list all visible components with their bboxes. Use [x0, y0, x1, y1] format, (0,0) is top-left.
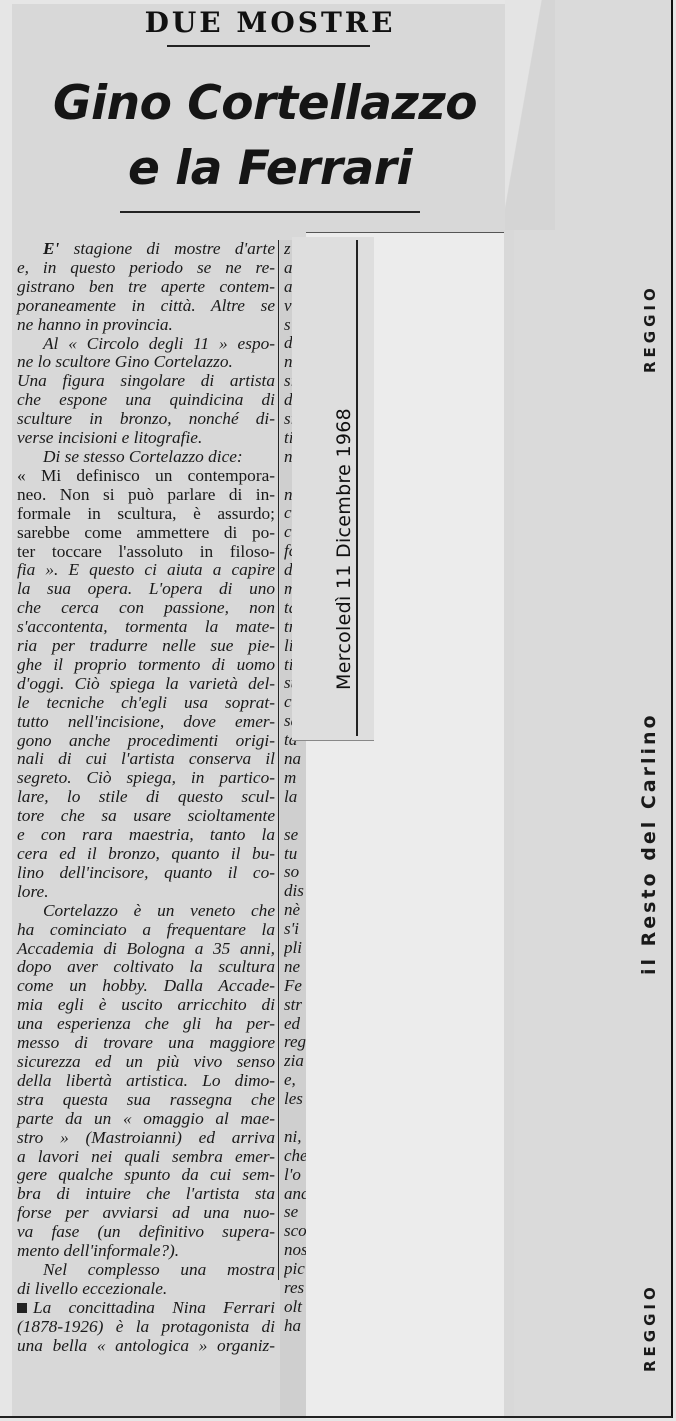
article-column-1: E' stagione di mostre d'artee, in questo…: [17, 240, 275, 1355]
kicker-rule: [167, 45, 370, 47]
fragment-line: ed: [284, 1015, 306, 1034]
article-line: della libertà artistica. Lo dimo-: [17, 1072, 275, 1091]
fragment-line: sco: [284, 1222, 306, 1241]
city-label-top: REGGIO: [641, 284, 659, 373]
article-line: poraneamente in città. Altre se: [17, 297, 275, 316]
fragment-line: olt: [284, 1298, 306, 1317]
article-line: La concittadina Nina Ferrari: [17, 1299, 275, 1318]
headline-line-2: e la Ferrari: [0, 141, 550, 196]
fragment-line: dis: [284, 882, 306, 901]
article-line: segreto. Ciò spiega, in partico-: [17, 769, 275, 788]
article-line: « Mi definisco un contempora-: [17, 467, 275, 486]
date-rule: [356, 240, 358, 736]
fragment-line: ne: [284, 958, 306, 977]
article-line: stra questa sua rassegna che: [17, 1091, 275, 1110]
fragment-line: nos: [284, 1241, 306, 1260]
article-line: (1878-1926) è la protagonista di: [17, 1318, 275, 1337]
fragment-line: che: [284, 1147, 306, 1166]
article-line: mento dell'informale?).: [17, 1242, 275, 1261]
fragment-line: ni,: [284, 1128, 306, 1147]
fragment-line: les: [284, 1090, 306, 1109]
article-line: e, in questo periodo se ne re-: [17, 259, 275, 278]
article-line: la sua opera. L'opera di uno: [17, 580, 275, 599]
bottom-border-rule: [0, 1416, 672, 1418]
article-line: tutto nell'incisione, dove emer-: [17, 713, 275, 732]
fragment-line: zia: [284, 1052, 306, 1071]
article-line: formale in scultura, è assurdo;: [17, 505, 275, 524]
article-line: bra di intuire che l'artista sta: [17, 1185, 275, 1204]
article-line: Al « Circolo degli 11 » espo-: [17, 335, 275, 354]
article-line: sarebbe come ammettere di po-: [17, 524, 275, 543]
article-line: d'oggi. Ciò spiega la varietà del-: [17, 675, 275, 694]
fragment-line: pli: [284, 939, 306, 958]
fragment-line: e,: [284, 1071, 306, 1090]
article-line: gono anche procedimenti origi-: [17, 732, 275, 751]
newspaper-name: il Resto del Carlino: [638, 712, 660, 975]
fragment-line: se: [284, 826, 306, 845]
fragment-line: anc: [284, 1185, 306, 1204]
article-line: forse per avviarsi ad una nuo-: [17, 1204, 275, 1223]
fragment-line: nè: [284, 901, 306, 920]
article-line: fia ». E questo ci aiuta a capire: [17, 561, 275, 580]
fragment-line: s'i: [284, 920, 306, 939]
fragment-line: pic: [284, 1260, 306, 1279]
fragment-line: [284, 807, 306, 826]
article-line: ha cominciato a frequentare la: [17, 921, 275, 940]
article-line: e con rara maestria, tanto la: [17, 826, 275, 845]
article-line: Di se stesso Cortelazzo dice:: [17, 448, 275, 467]
right-border-rule: [671, 0, 673, 1418]
article-line: mia egli è uscito arricchito di: [17, 996, 275, 1015]
column-divider: [278, 240, 279, 1280]
article-line: come un hobby. Dalla Accade-: [17, 977, 275, 996]
article-line: parte da un « omaggio al mae-: [17, 1110, 275, 1129]
kicker: DUE MOSTRE: [0, 6, 540, 39]
headline-line-1: Gino Cortellazzo: [0, 76, 545, 131]
fragment-line: so: [284, 863, 306, 882]
article-line: ter toccare l'assoluto in filoso-: [17, 543, 275, 562]
article-line: gistrano ben tre aperte contem-: [17, 278, 275, 297]
fragment-line: ha: [284, 1317, 306, 1336]
article-line: sicurezza ed un più vivo senso: [17, 1053, 275, 1072]
article-line: Cortelazzo è un veneto che: [17, 902, 275, 921]
fragment-line: reg: [284, 1033, 306, 1052]
article-line: verse incisioni e litografie.: [17, 429, 275, 448]
article-line: ne hanno in provincia.: [17, 316, 275, 335]
fragment-line: [284, 1109, 306, 1128]
fragment-line: str: [284, 996, 306, 1015]
fragment-line: la: [284, 788, 306, 807]
article-line: va fase (un definitivo supera-: [17, 1223, 275, 1242]
fragment-line: l'o: [284, 1166, 306, 1185]
article-line: di livello eccezionale.: [17, 1280, 275, 1299]
article-line: E' stagione di mostre d'arte: [17, 240, 275, 259]
fragment-line: na: [284, 750, 306, 769]
city-label-bottom: REGGIO: [641, 1283, 659, 1372]
article-line: ghe il proprio tormento di uomo: [17, 656, 275, 675]
article-line: lare, lo stile di questo scul-: [17, 788, 275, 807]
fragment-line: se: [284, 1203, 306, 1222]
article-line: che cerca con passione, non: [17, 599, 275, 618]
article-line: che espone una quindicina di: [17, 391, 275, 410]
article-line: dopo aver coltivato la scultura: [17, 958, 275, 977]
article-line: a lavori nei quali sembra emer-: [17, 1148, 275, 1167]
article-line: una esperienza che gli ha per-: [17, 1015, 275, 1034]
fragment-line: Fe: [284, 977, 306, 996]
article-line: s'accontenta, tormenta la mate-: [17, 618, 275, 637]
article-line: lore.: [17, 883, 275, 902]
article-line: stro » (Mastroianni) ed arriva: [17, 1129, 275, 1148]
fragment-line: res: [284, 1279, 306, 1298]
fragment-line: tu: [284, 845, 306, 864]
article-line: Accademia di Bologna a 35 anni,: [17, 940, 275, 959]
article-line: messo di trovare una maggiore: [17, 1034, 275, 1053]
article-line: Una figura singolare di artista: [17, 372, 275, 391]
headline-rule: [120, 211, 420, 213]
article-line: ria per tradurre nelle sue pie-: [17, 637, 275, 656]
bullet-square-icon: [17, 1303, 27, 1313]
article-line: tore che sa usare scioltamente: [17, 807, 275, 826]
article-line: Nel complesso una mostra: [17, 1261, 275, 1280]
article-line: ne lo scultore Gino Cortelazzo.: [17, 353, 275, 372]
article-line: le tecniche ch'egli usa soprat-: [17, 694, 275, 713]
article-line: gere qualche spunto da cui sem-: [17, 1166, 275, 1185]
article-line: sculture in bronzo, nonché di-: [17, 410, 275, 429]
article-line: lino dell'incisore, quanto il co-: [17, 864, 275, 883]
article-line: nali di cui l'artista conserva il: [17, 750, 275, 769]
article-line: cera ed il bronzo, quanto il bu-: [17, 845, 275, 864]
fragment-line: m: [284, 769, 306, 788]
date-label: Mercoledì 11 Dicembre 1968: [333, 408, 355, 690]
article-line: neo. Non si può parlare di in-: [17, 486, 275, 505]
article-line: una bella « antologica » organiz-: [17, 1337, 275, 1356]
